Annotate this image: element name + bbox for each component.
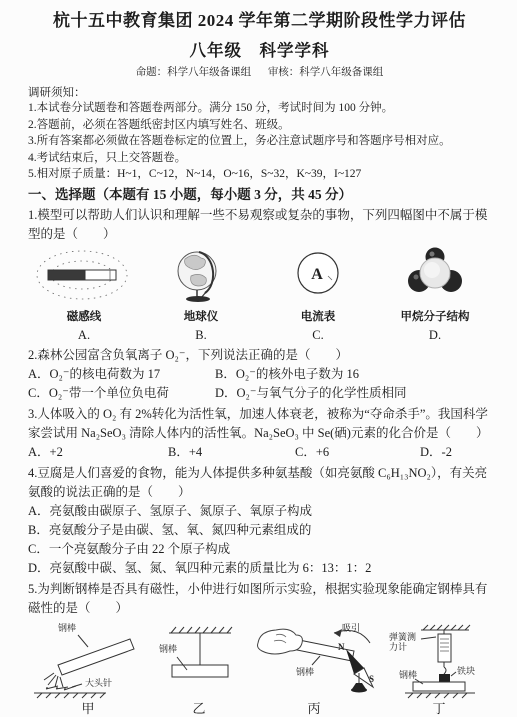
notice-label: 调研须知： [28, 86, 491, 100]
option-letter-a: A. [28, 327, 140, 344]
byline-reviewer: 审核：科学八年级备课组 [268, 67, 384, 78]
notice-item-4: 4.考试结束后，只上交答题卷。 [28, 150, 491, 167]
notice-item-3: 3.所有答案都必须做在答题卷标定的位置上，务必注意试题序号和答题序号相对应。 [28, 133, 491, 150]
rod-compass-diagram [250, 623, 378, 699]
q3-option-d: D．-2 [420, 443, 452, 462]
annotation-attract: 吸引 [342, 623, 360, 633]
option-letter-d: D. [379, 327, 491, 344]
q3-option-c: C．+6 [295, 443, 420, 462]
page-title: 杭十五中教育集团 2024 学年第二学期阶段性学力评估 [28, 10, 491, 32]
notice-item-2: 2.答题前，必须在答题纸密封区内填写姓名、班级。 [28, 117, 491, 134]
annotation-steel-rod: 钢棒 [296, 667, 314, 677]
figure-magnetic-field-lines: 磁感线 A. [28, 246, 140, 344]
annotation-south-pole: S [369, 674, 374, 684]
question-2-options: A．O₂⁻的核电荷数为 17 B．O₂⁻的核外电子数为 16 C．O₂⁻带一个单… [28, 365, 491, 403]
ammeter-icon: A [262, 246, 374, 304]
methane-molecule-icon [379, 246, 491, 304]
page-subtitle: 八年级 科学学科 [28, 40, 491, 61]
q2-option-c: C．O₂⁻带一个单位负电荷 [28, 384, 215, 403]
question-5-figures: 钢棒 大头针 甲 钢棒 乙 [28, 623, 491, 717]
byline: 命题：科学八年级备课组 审核：科学八年级备课组 [28, 66, 491, 79]
ammeter-letter: A [311, 266, 323, 283]
option-letter-c: C. [262, 327, 374, 344]
annotation-steel-rod: 钢棒 [399, 670, 417, 680]
figure-label-jia: 甲 [28, 700, 148, 717]
figure-label-yi: 乙 [157, 700, 241, 717]
option-letter-b: B. [145, 327, 257, 344]
figure-caption: 电流表 [262, 310, 374, 325]
notice-item-1: 1.本试卷分试题卷和答题卷两部分。满分 150 分，考试时间为 100 分钟。 [28, 100, 491, 117]
annotation-steel-rod: 钢棒 [159, 644, 177, 654]
figure-jia-rod-attracts-pins: 钢棒 大头针 甲 [28, 623, 148, 717]
figure-label-ding: 丁 [387, 700, 491, 717]
q2-option-a: A．O₂⁻的核电荷数为 17 [28, 365, 215, 384]
section-heading: 一、选择题（本题有 15 小题，每小题 3 分，共 45 分） [28, 185, 491, 204]
byline-proposer: 命题：科学八年级备课组 [136, 67, 252, 78]
figure-methane-molecule: 甲烷分子结构 D. [379, 246, 491, 344]
notice-item-5: 5.相对原子质量：H~1，C~12，N~14，O~16，S~32，K~39，I~… [28, 166, 491, 183]
q4-option-b: B．亮氨酸分子是由碳、氢、氧、氮四种元素组成的 [28, 521, 491, 540]
figure-caption: 地球仪 [145, 310, 257, 325]
question-1-text: 1.模型可以帮助人们认识和理解一些不易观察或复杂的事物，下列四幅图中不属于模型的… [28, 206, 491, 244]
figure-label-bing: 丙 [250, 700, 378, 717]
q4-option-a: A．亮氨酸由碳原子、氢原子、氮原子、氧原子构成 [28, 502, 491, 521]
figure-bing-rod-and-compass: 吸引 钢棒 N S 丙 [250, 623, 378, 717]
q2-option-b: B．O₂⁻的核外电子数为 16 [215, 365, 491, 384]
hanging-rod-diagram [157, 623, 241, 699]
annotation-steel-rod: 钢棒 [58, 623, 76, 633]
exam-paper-page: 杭十五中教育集团 2024 学年第二学期阶段性学力评估 八年级 科学学科 命题：… [0, 0, 517, 717]
figure-globe: 地球仪 B. [145, 246, 257, 344]
annotation-north-pole: N [338, 642, 345, 652]
question-4-text: 4.豆腐是人们喜爱的食物，能为人体提供多种氨基酸（如亮氨酸 C₆H₁₃NO₂），… [28, 464, 491, 502]
question-3-options: A．+2 B．+4 C．+6 D．-2 [28, 443, 491, 462]
q2-option-d: D．O₂⁻与氧气分子的化学性质相同 [215, 384, 491, 403]
annotation-spring-scale: 弹簧测力计 [389, 632, 419, 652]
question-3-text: 3.人体吸入的 O₂ 有 2%转化为活性氧，加速人体衰老，被称为“夺命杀手”。我… [28, 405, 491, 443]
question-5-text: 5.为判断钢棒是否具有磁性，小仲进行如图所示实验，根据实验现象能确定钢棒具有磁性… [28, 580, 491, 618]
annotation-iron-block: 铁块 [457, 666, 475, 676]
q3-option-b: B．+4 [168, 443, 295, 462]
globe-icon [145, 246, 257, 304]
figure-yi-hanging-rod: 钢棒 乙 [157, 623, 241, 717]
magnetic-field-lines-icon [28, 246, 140, 304]
q4-option-d: D．亮氨酸中碳、氢、氮、氧四种元素的质量比为 6：13：1：2 [28, 559, 491, 578]
question-1-figures: 磁感线 A. 地球仪 B. A 电流表 C. [28, 246, 491, 344]
annotation-pins: 大头针 [85, 678, 112, 688]
figure-ding-spring-scale: 弹簧测力计 铁块 钢棒 丁 [387, 623, 491, 717]
figure-caption: 甲烷分子结构 [379, 310, 491, 325]
q4-option-c: C．一个亮氨酸分子由 22 个原子构成 [28, 540, 491, 559]
figure-caption: 磁感线 [28, 310, 140, 325]
question-2-text: 2.森林公园富含负氧离子 O₂⁻，下列说法正确的是（ ） [28, 346, 491, 365]
q3-option-a: A．+2 [28, 443, 168, 462]
figure-ammeter: A 电流表 C. [262, 246, 374, 344]
